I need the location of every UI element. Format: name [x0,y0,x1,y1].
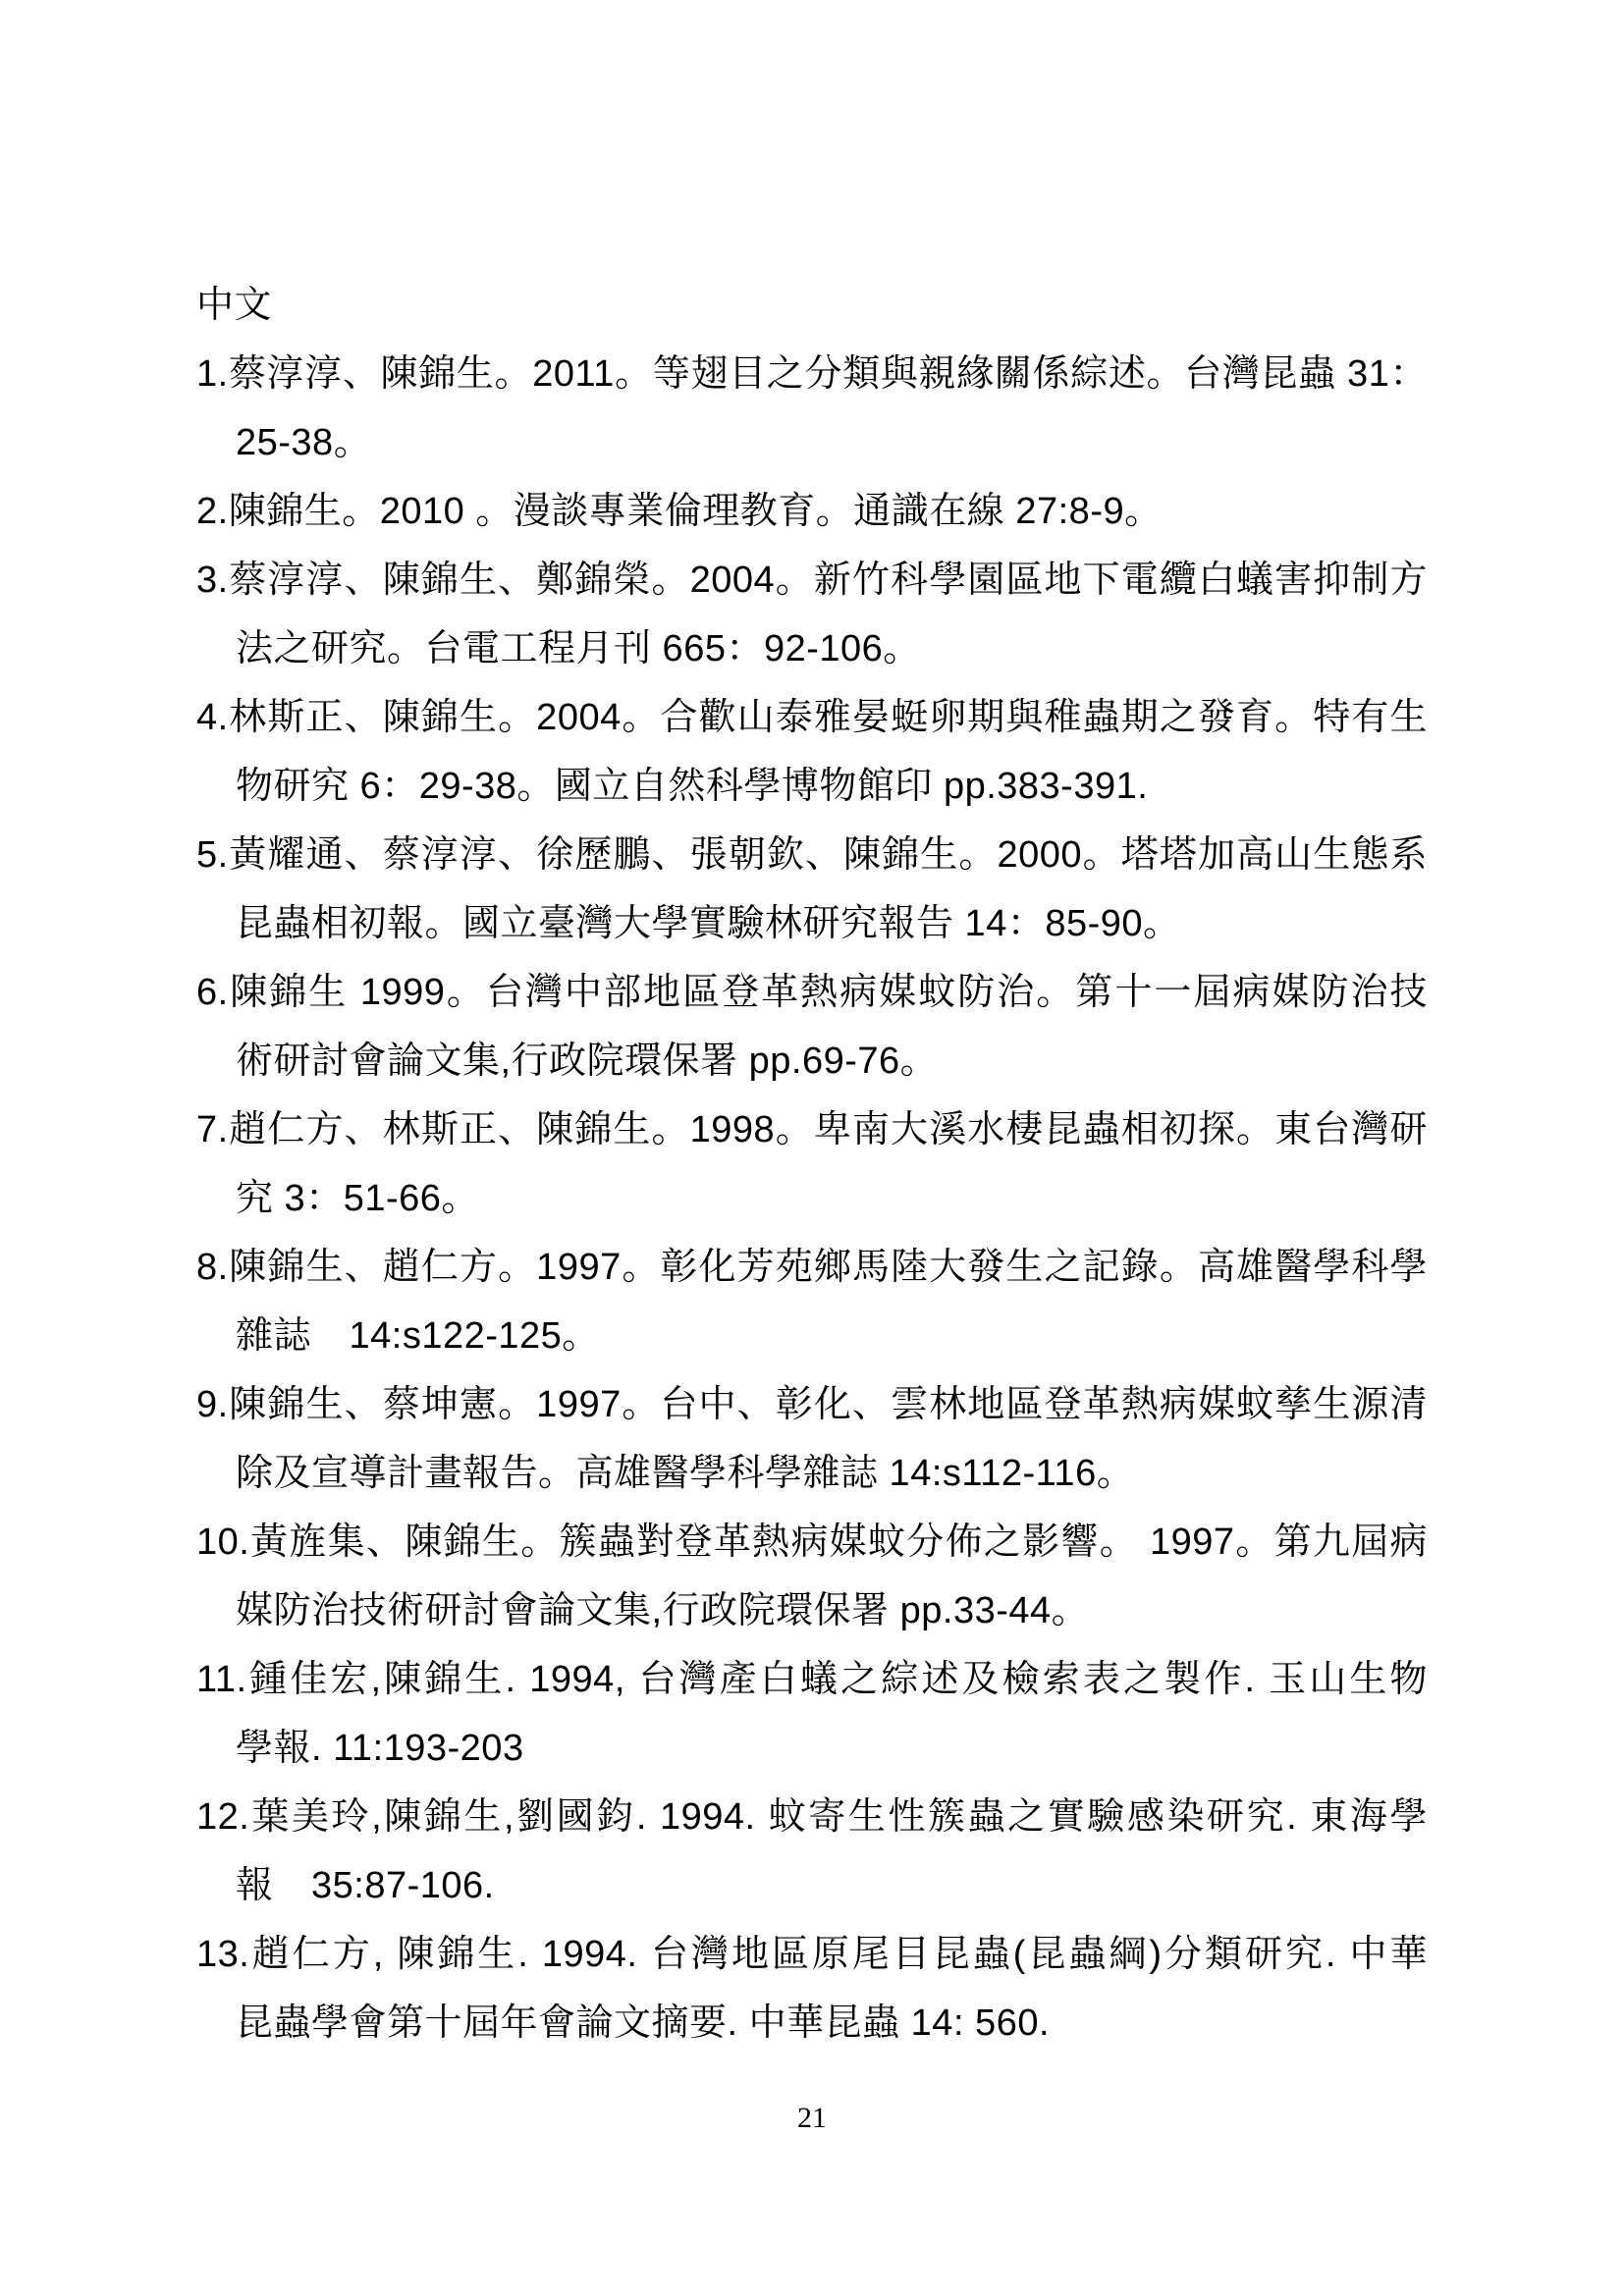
reference-item-5: 5.黃耀通、蔡淳淳、徐歷鵬、張朝欽、陳錦生。2000。塔塔加高山生態系 昆蟲相初… [196,821,1428,958]
reference-item-12: 12.葉美玲,陳錦生,劉國鈞. 1994. 蚊寄生性簇蟲之實驗感染研究. 東海學… [196,1783,1428,1920]
reference-number: 10. [196,1522,249,1563]
reference-number: 1. [196,353,229,395]
reference-line: 物研究 6：29-38。國立自然科學博物館印 pp.383-391. [196,752,1428,821]
reference-line: 12.葉美玲,陳錦生,劉國鈞. 1994. 蚊寄生性簇蟲之實驗感染研究. 東海學 [196,1783,1428,1851]
reference-item-9: 9.陳錦生、蔡坤憲。1997。台中、彰化、雲林地區登革熱病媒蚊孳生源清 除及宣導… [196,1370,1428,1508]
reference-line: 9.陳錦生、蔡坤憲。1997。台中、彰化、雲林地區登革熱病媒蚊孳生源清 [196,1370,1428,1439]
reference-text: 趙仁方, 陳錦生. 1994. 台灣地區原尾目昆蟲(昆蟲綱)分類研究. 中華 [249,1934,1428,1975]
document-page: 中文 1.蔡淳淳、陳錦生。2011。等翅目之分類與親緣關係綜述。台灣昆蟲 31：… [0,0,1624,2296]
reference-text: 黃旌集、陳錦生。簇蟲對登革熱病媒蚊分佈之影響。 1997。第九屆病 [249,1522,1428,1563]
reference-line: 6.陳錦生 1999。台灣中部地區登革熱病媒蚊防治。第十一屆病媒防治技 [196,958,1428,1027]
reference-line: 雜誌 14:s122-125。 [196,1302,1428,1370]
reference-text: 陳錦生、趙仁方。1997。彰化芳苑鄉馬陸大發生之記錄。高雄醫學科學 [229,1247,1428,1288]
reference-line: 媒防治技術研討會論文集,行政院環保署 pp.33-44。 [196,1576,1428,1645]
reference-item-8: 8.陳錦生、趙仁方。1997。彰化芳苑鄉馬陸大發生之記錄。高雄醫學科學 雜誌 1… [196,1233,1428,1370]
reference-number: 6. [196,972,229,1013]
reference-number: 2. [196,491,229,532]
reference-line: 4.林斯正、陳錦生。2004。合歡山泰雅晏蜓卵期與稚蟲期之發育。特有生 [196,683,1428,752]
reference-line: 法之研究。台電工程月刊 665：92-106。 [196,614,1428,683]
reference-number: 12. [196,1796,249,1838]
reference-number: 3. [196,560,229,601]
reference-item-13: 13.趙仁方, 陳錦生. 1994. 台灣地區原尾目昆蟲(昆蟲綱)分類研究. 中… [196,1920,1428,2057]
reference-item-1: 1.蔡淳淳、陳錦生。2011。等翅目之分類與親緣關係綜述。台灣昆蟲 31： 25… [196,340,1428,477]
reference-line: 8.陳錦生、趙仁方。1997。彰化芳苑鄉馬陸大發生之記錄。高雄醫學科學 [196,1233,1428,1302]
reference-text: 陳錦生 1999。台灣中部地區登革熱病媒蚊防治。第十一屆病媒防治技 [229,972,1428,1013]
reference-item-10: 10.黃旌集、陳錦生。簇蟲對登革熱病媒蚊分佈之影響。 1997。第九屆病 媒防治… [196,1508,1428,1645]
reference-line: 3.蔡淳淳、陳錦生、鄭錦榮。2004。新竹科學園區地下電纜白蟻害抑制方 [196,546,1428,614]
reference-item-11: 11.鍾佳宏,陳錦生. 1994, 台灣產白蟻之綜述及檢索表之製作. 玉山生物 … [196,1645,1428,1783]
reference-line: 昆蟲相初報。國立臺灣大學實驗林研究報告 14：85-90。 [196,889,1428,958]
reference-item-4: 4.林斯正、陳錦生。2004。合歡山泰雅晏蜓卵期與稚蟲期之發育。特有生 物研究 … [196,683,1428,821]
reference-text: 蔡淳淳、陳錦生。2011。等翅目之分類與親緣關係綜述。台灣昆蟲 31： [229,353,1428,395]
reference-number: 5. [196,834,229,876]
section-title: 中文 [196,271,1428,340]
reference-text: 蔡淳淳、陳錦生、鄭錦榮。2004。新竹科學園區地下電纜白蟻害抑制方 [229,560,1428,601]
reference-line: 昆蟲學會第十屆年會論文摘要. 中華昆蟲 14: 560. [196,1989,1428,2057]
reference-line: 5.黃耀通、蔡淳淳、徐歷鵬、張朝欽、陳錦生。2000。塔塔加高山生態系 [196,821,1428,889]
reference-line: 7.趙仁方、林斯正、陳錦生。1998。卑南大溪水棲昆蟲相初探。東台灣研 [196,1095,1428,1164]
reference-number: 7. [196,1109,229,1150]
reference-line: 25-38。 [196,408,1428,477]
reference-item-2: 2.陳錦生。2010 。漫談專業倫理教育。通識在線 27:8-9。 [196,477,1428,546]
reference-line: 術研討會論文集,行政院環保署 pp.69-76。 [196,1027,1428,1095]
reference-text: 陳錦生。2010 。漫談專業倫理教育。通識在線 27:8-9。 [229,491,1163,532]
reference-text: 陳錦生、蔡坤憲。1997。台中、彰化、雲林地區登革熱病媒蚊孳生源清 [229,1384,1428,1425]
reference-line: 1.蔡淳淳、陳錦生。2011。等翅目之分類與親緣關係綜述。台灣昆蟲 31： [196,340,1428,408]
reference-line: 究 3：51-66。 [196,1164,1428,1233]
reference-item-3: 3.蔡淳淳、陳錦生、鄭錦榮。2004。新竹科學園區地下電纜白蟻害抑制方 法之研究… [196,546,1428,683]
reference-text: 鍾佳宏,陳錦生. 1994, 台灣產白蟻之綜述及檢索表之製作. 玉山生物 [247,1659,1428,1700]
reference-item-7: 7.趙仁方、林斯正、陳錦生。1998。卑南大溪水棲昆蟲相初探。東台灣研 究 3：… [196,1095,1428,1233]
reference-line: 除及宣導計畫報告。高雄醫學科學雜誌 14:s112-116。 [196,1439,1428,1508]
reference-number: 4. [196,697,229,738]
reference-text: 葉美玲,陳錦生,劉國鈞. 1994. 蚊寄生性簇蟲之實驗感染研究. 東海學 [249,1796,1428,1838]
reference-number: 9. [196,1384,229,1425]
page-number: 21 [0,2099,1624,2138]
reference-text: 趙仁方、林斯正、陳錦生。1998。卑南大溪水棲昆蟲相初探。東台灣研 [229,1109,1428,1150]
reference-line: 報 35:87-106. [196,1851,1428,1920]
reference-line: 10.黃旌集、陳錦生。簇蟲對登革熱病媒蚊分佈之影響。 1997。第九屆病 [196,1508,1428,1576]
reference-text: 林斯正、陳錦生。2004。合歡山泰雅晏蜓卵期與稚蟲期之發育。特有生 [229,697,1428,738]
reference-line: 2.陳錦生。2010 。漫談專業倫理教育。通識在線 27:8-9。 [196,477,1428,546]
reference-line: 13.趙仁方, 陳錦生. 1994. 台灣地區原尾目昆蟲(昆蟲綱)分類研究. 中… [196,1920,1428,1989]
reference-number: 11. [196,1659,247,1700]
reference-number: 13. [196,1934,249,1975]
reference-line: 11.鍾佳宏,陳錦生. 1994, 台灣產白蟻之綜述及檢索表之製作. 玉山生物 [196,1645,1428,1714]
reference-number: 8. [196,1247,229,1288]
reference-item-6: 6.陳錦生 1999。台灣中部地區登革熱病媒蚊防治。第十一屆病媒防治技 術研討會… [196,958,1428,1095]
reference-line: 學報. 11:193-203 [196,1714,1428,1783]
reference-list: 中文 1.蔡淳淳、陳錦生。2011。等翅目之分類與親緣關係綜述。台灣昆蟲 31：… [196,271,1428,2057]
reference-text: 黃耀通、蔡淳淳、徐歷鵬、張朝欽、陳錦生。2000。塔塔加高山生態系 [229,834,1428,876]
